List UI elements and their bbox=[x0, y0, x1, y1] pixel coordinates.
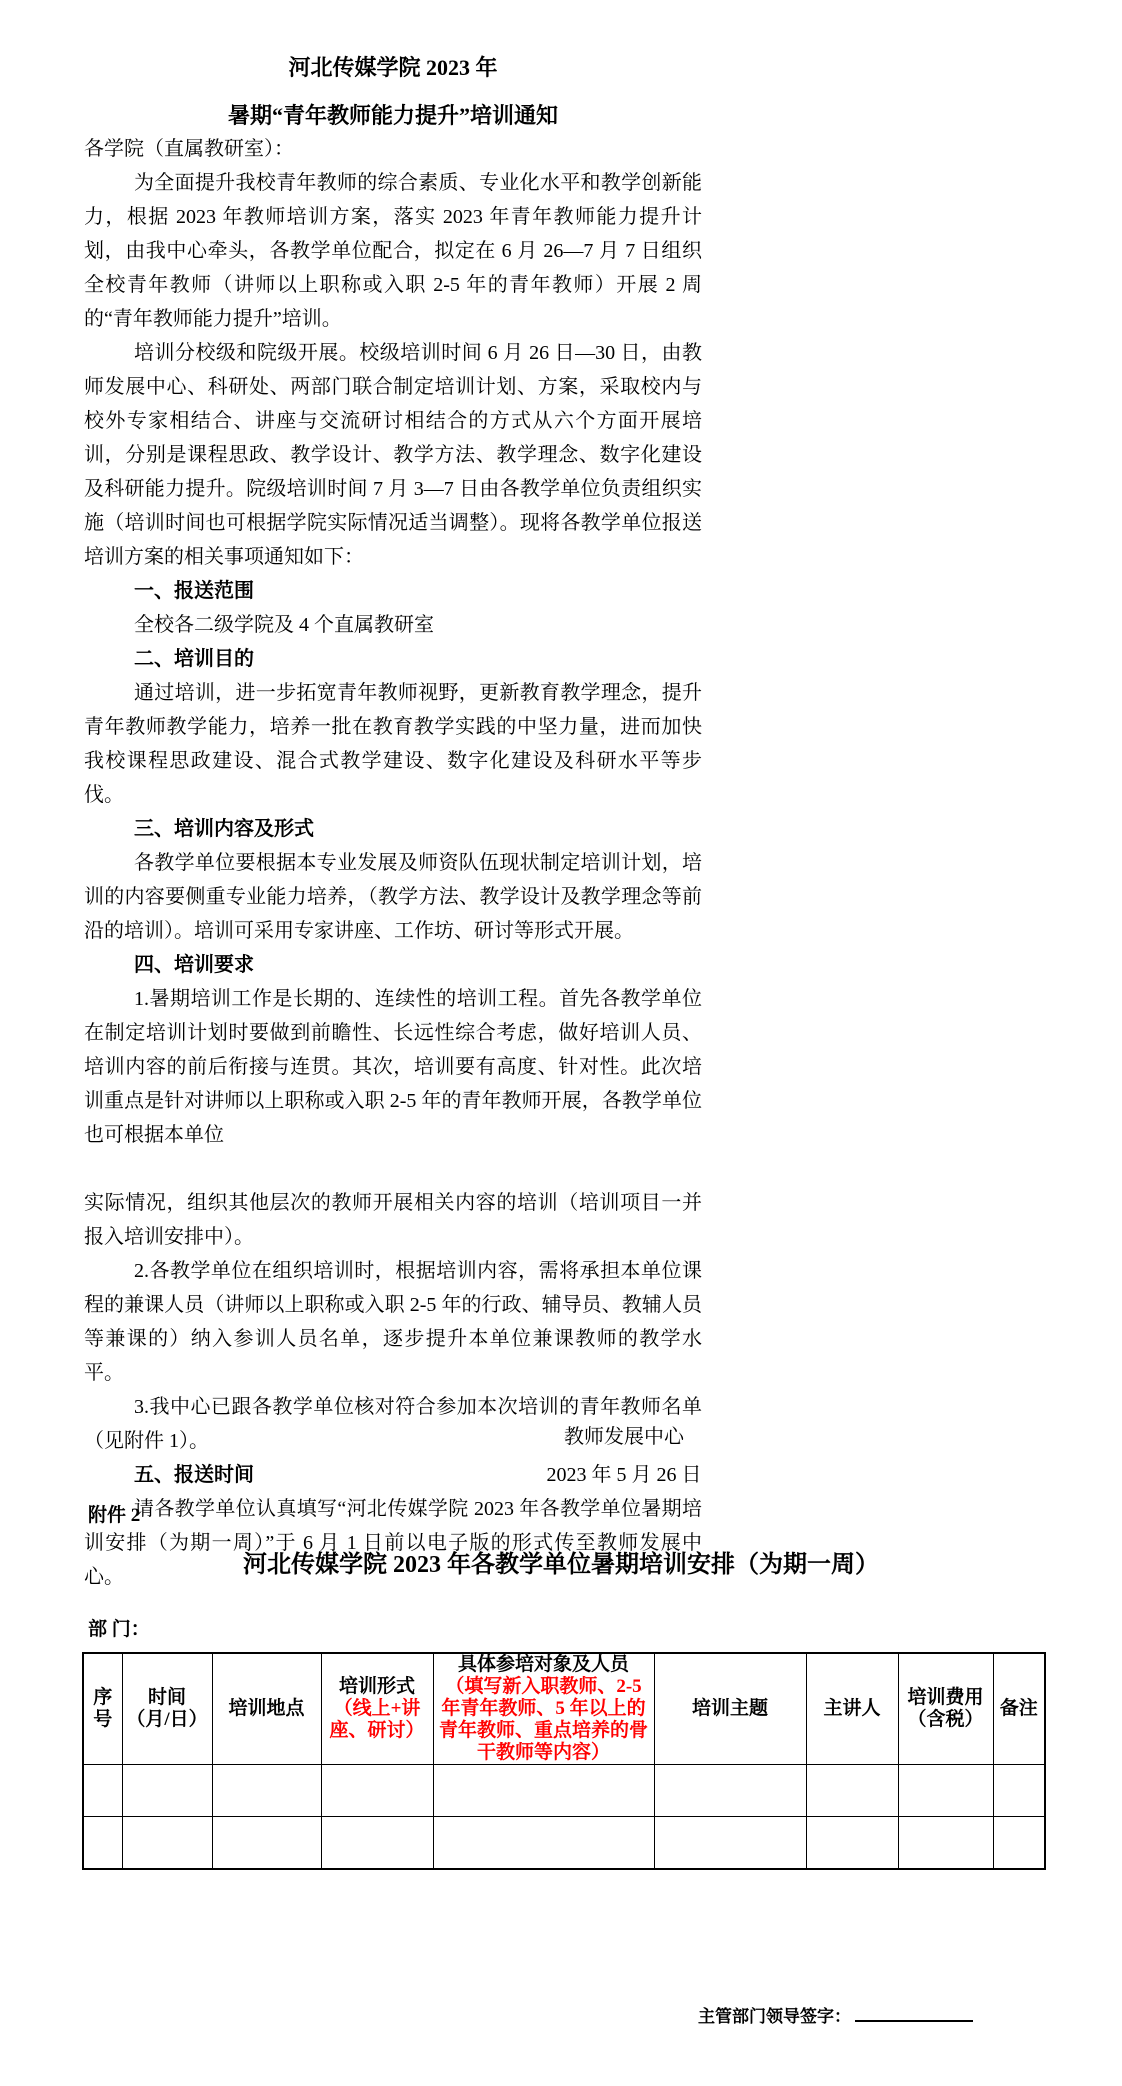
table-cell-empty bbox=[654, 1765, 806, 1817]
section-heading-2: 二、培训目的 bbox=[84, 642, 702, 676]
col-header-participants: 具体参培对象及人员 （填写新入职教师、2-5 年青年教师、5 年以上的青年教师、… bbox=[433, 1653, 654, 1765]
salutation: 各学院（直属教研室）： bbox=[84, 132, 702, 166]
table-cell-empty bbox=[993, 1765, 1045, 1817]
table-cell-empty bbox=[806, 1817, 898, 1870]
table-cell-empty bbox=[321, 1817, 433, 1870]
table-cell-empty bbox=[212, 1765, 321, 1817]
col-header-serial-number: 序号 bbox=[83, 1653, 122, 1765]
section-heading-3: 三、培训内容及形式 bbox=[84, 812, 702, 846]
signature-label: 主管部门领导签字： bbox=[698, 2007, 851, 2026]
col-header-speaker: 主讲人 bbox=[806, 1653, 898, 1765]
col-header-time: 时间 （月/日） bbox=[122, 1653, 212, 1765]
document-page: 河北传媒学院 2023 年 暑期“青年教师能力提升”培训通知 各学院（直属教研室… bbox=[0, 0, 1122, 2086]
signature-blank-line bbox=[855, 2004, 973, 2022]
signoff-org: 教师发展中心 bbox=[474, 1418, 774, 1456]
col-header-format: 培训形式 （线上+讲座、研讨） bbox=[321, 1653, 433, 1765]
table-cell-empty bbox=[212, 1817, 321, 1870]
signature-row: 主管部门领导签字： bbox=[698, 2004, 973, 2030]
paragraph: 全校各二级学院及 4 个直属教研室 bbox=[84, 608, 702, 642]
notice-body: 各学院（直属教研室）： 为全面提升我校青年教师的综合素质、专业化水平和教学创新能… bbox=[84, 132, 702, 1594]
table-cell-empty bbox=[83, 1765, 122, 1817]
paragraph-continued: 实际情况，组织其他层次的教师开展相关内容的培训（培训项目一并报入培训安排中）。 bbox=[84, 1186, 702, 1254]
attachment-title: 河北传媒学院 2023 年各教学单位暑期培训安排（为期一周） bbox=[0, 1544, 1122, 1579]
table-cell-empty bbox=[122, 1817, 212, 1870]
header-row: 序号 时间 （月/日） 培训地点 培训形式 （线上+讲座、研讨） 具体参培对象及… bbox=[83, 1653, 1045, 1765]
table-cell-empty bbox=[433, 1817, 654, 1870]
signoff-date: 2023 年 5 月 26 日 bbox=[474, 1456, 774, 1494]
empty-row bbox=[83, 1765, 1045, 1817]
paragraph: 2.各教学单位在组织培训时，根据培训内容，需将承担本单位课程的兼课人员（讲师以上… bbox=[84, 1254, 702, 1390]
paragraph: 1.暑期培训工作是长期的、连续性的培训工程。首先各教学单位在制定培训计划时要做到… bbox=[84, 982, 702, 1152]
col-header-fee: 培训费用 （含税） bbox=[898, 1653, 993, 1765]
notice-title: 河北传媒学院 2023 年 暑期“青年教师能力提升”培训通知 bbox=[84, 44, 702, 140]
training-schedule-table: 序号 时间 （月/日） 培训地点 培训形式 （线上+讲座、研讨） 具体参培对象及… bbox=[82, 1652, 1046, 1870]
table-cell-empty bbox=[122, 1765, 212, 1817]
table-cell-empty bbox=[654, 1817, 806, 1870]
table-cell-empty bbox=[806, 1765, 898, 1817]
col-header-remarks: 备注 bbox=[993, 1653, 1045, 1765]
col-header-topic: 培训主题 bbox=[654, 1653, 806, 1765]
table-cell-empty bbox=[83, 1817, 122, 1870]
attachment-label: 附件 2 bbox=[88, 1500, 140, 1527]
paragraph: 为全面提升我校青年教师的综合素质、专业化水平和教学创新能力，根据 2023 年教… bbox=[84, 166, 702, 336]
table-cell-empty bbox=[433, 1765, 654, 1817]
section-heading-4: 四、培训要求 bbox=[84, 948, 702, 982]
paragraph: 通过培训，进一步拓宽青年教师视野，更新教育教学理念，提升青年教师教学能力，培养一… bbox=[84, 676, 702, 812]
paragraph: 培训分校级和院级开展。校级培训时间 6 月 26 日—30 日，由教师发展中心、… bbox=[84, 336, 702, 574]
signoff-block: 教师发展中心 2023 年 5 月 26 日 bbox=[474, 1418, 774, 1494]
section-heading-1: 一、报送范围 bbox=[84, 574, 702, 608]
department-label: 部 门： bbox=[88, 1614, 150, 1641]
empty-row bbox=[83, 1817, 1045, 1870]
paragraph: 各教学单位要根据本专业发展及师资队伍现状制定培训计划，培训的内容要侧重专业能力培… bbox=[84, 846, 702, 948]
table-cell-empty bbox=[993, 1817, 1045, 1870]
col-header-location: 培训地点 bbox=[212, 1653, 321, 1765]
table-cell-empty bbox=[898, 1817, 993, 1870]
notice-title-line-1: 河北传媒学院 2023 年 bbox=[84, 44, 702, 92]
table-cell-empty bbox=[898, 1765, 993, 1817]
table-cell-empty bbox=[321, 1765, 433, 1817]
